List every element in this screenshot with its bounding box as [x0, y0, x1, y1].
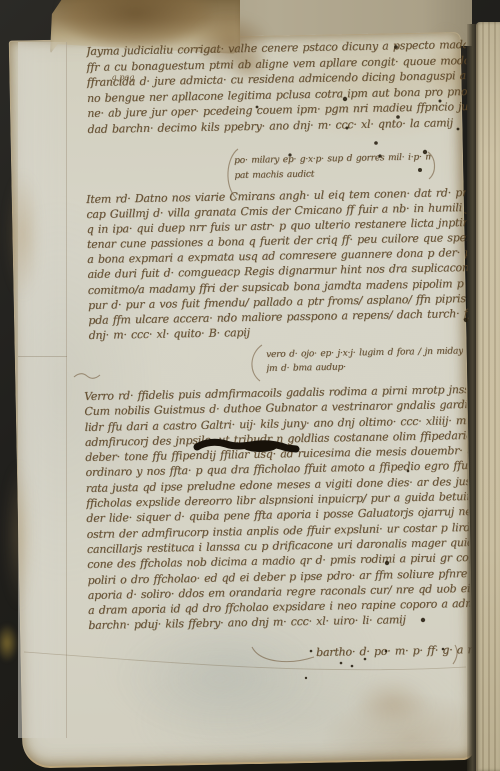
signature-text: bartho· d· po· m· p· ff· g· a mes — [316, 643, 476, 660]
interlinear-insertion: a pag — [112, 73, 134, 82]
stain-yellow-spot — [0, 624, 18, 662]
under-sheet-corner-line — [18, 356, 67, 357]
marginal-note-1: po· milary ep· g·x·p· sup d gorres mil· … — [234, 150, 431, 183]
paragraph-entry-3: Verro rd· ffidelis puis admfirmacoils ga… — [84, 382, 470, 634]
left-margin-strip — [18, 42, 67, 738]
marginal-note-2: vero d· ojo· ep· j·x·j· lugim d fora / j… — [266, 344, 463, 376]
notary-signature: bartho· d· po· m· p· ff· g· a mes — [316, 643, 476, 660]
photo-background: Jayma judicialiu corrigat· valhe cenere … — [0, 0, 500, 771]
paragraph-entry-1: Jayma judicialiu corrigat· valhe cenere … — [86, 37, 468, 138]
paragraph-entry-2: Item rd· Datno nos viarie Cmirans angh· … — [86, 185, 469, 343]
adjacent-page-edge — [476, 22, 500, 771]
